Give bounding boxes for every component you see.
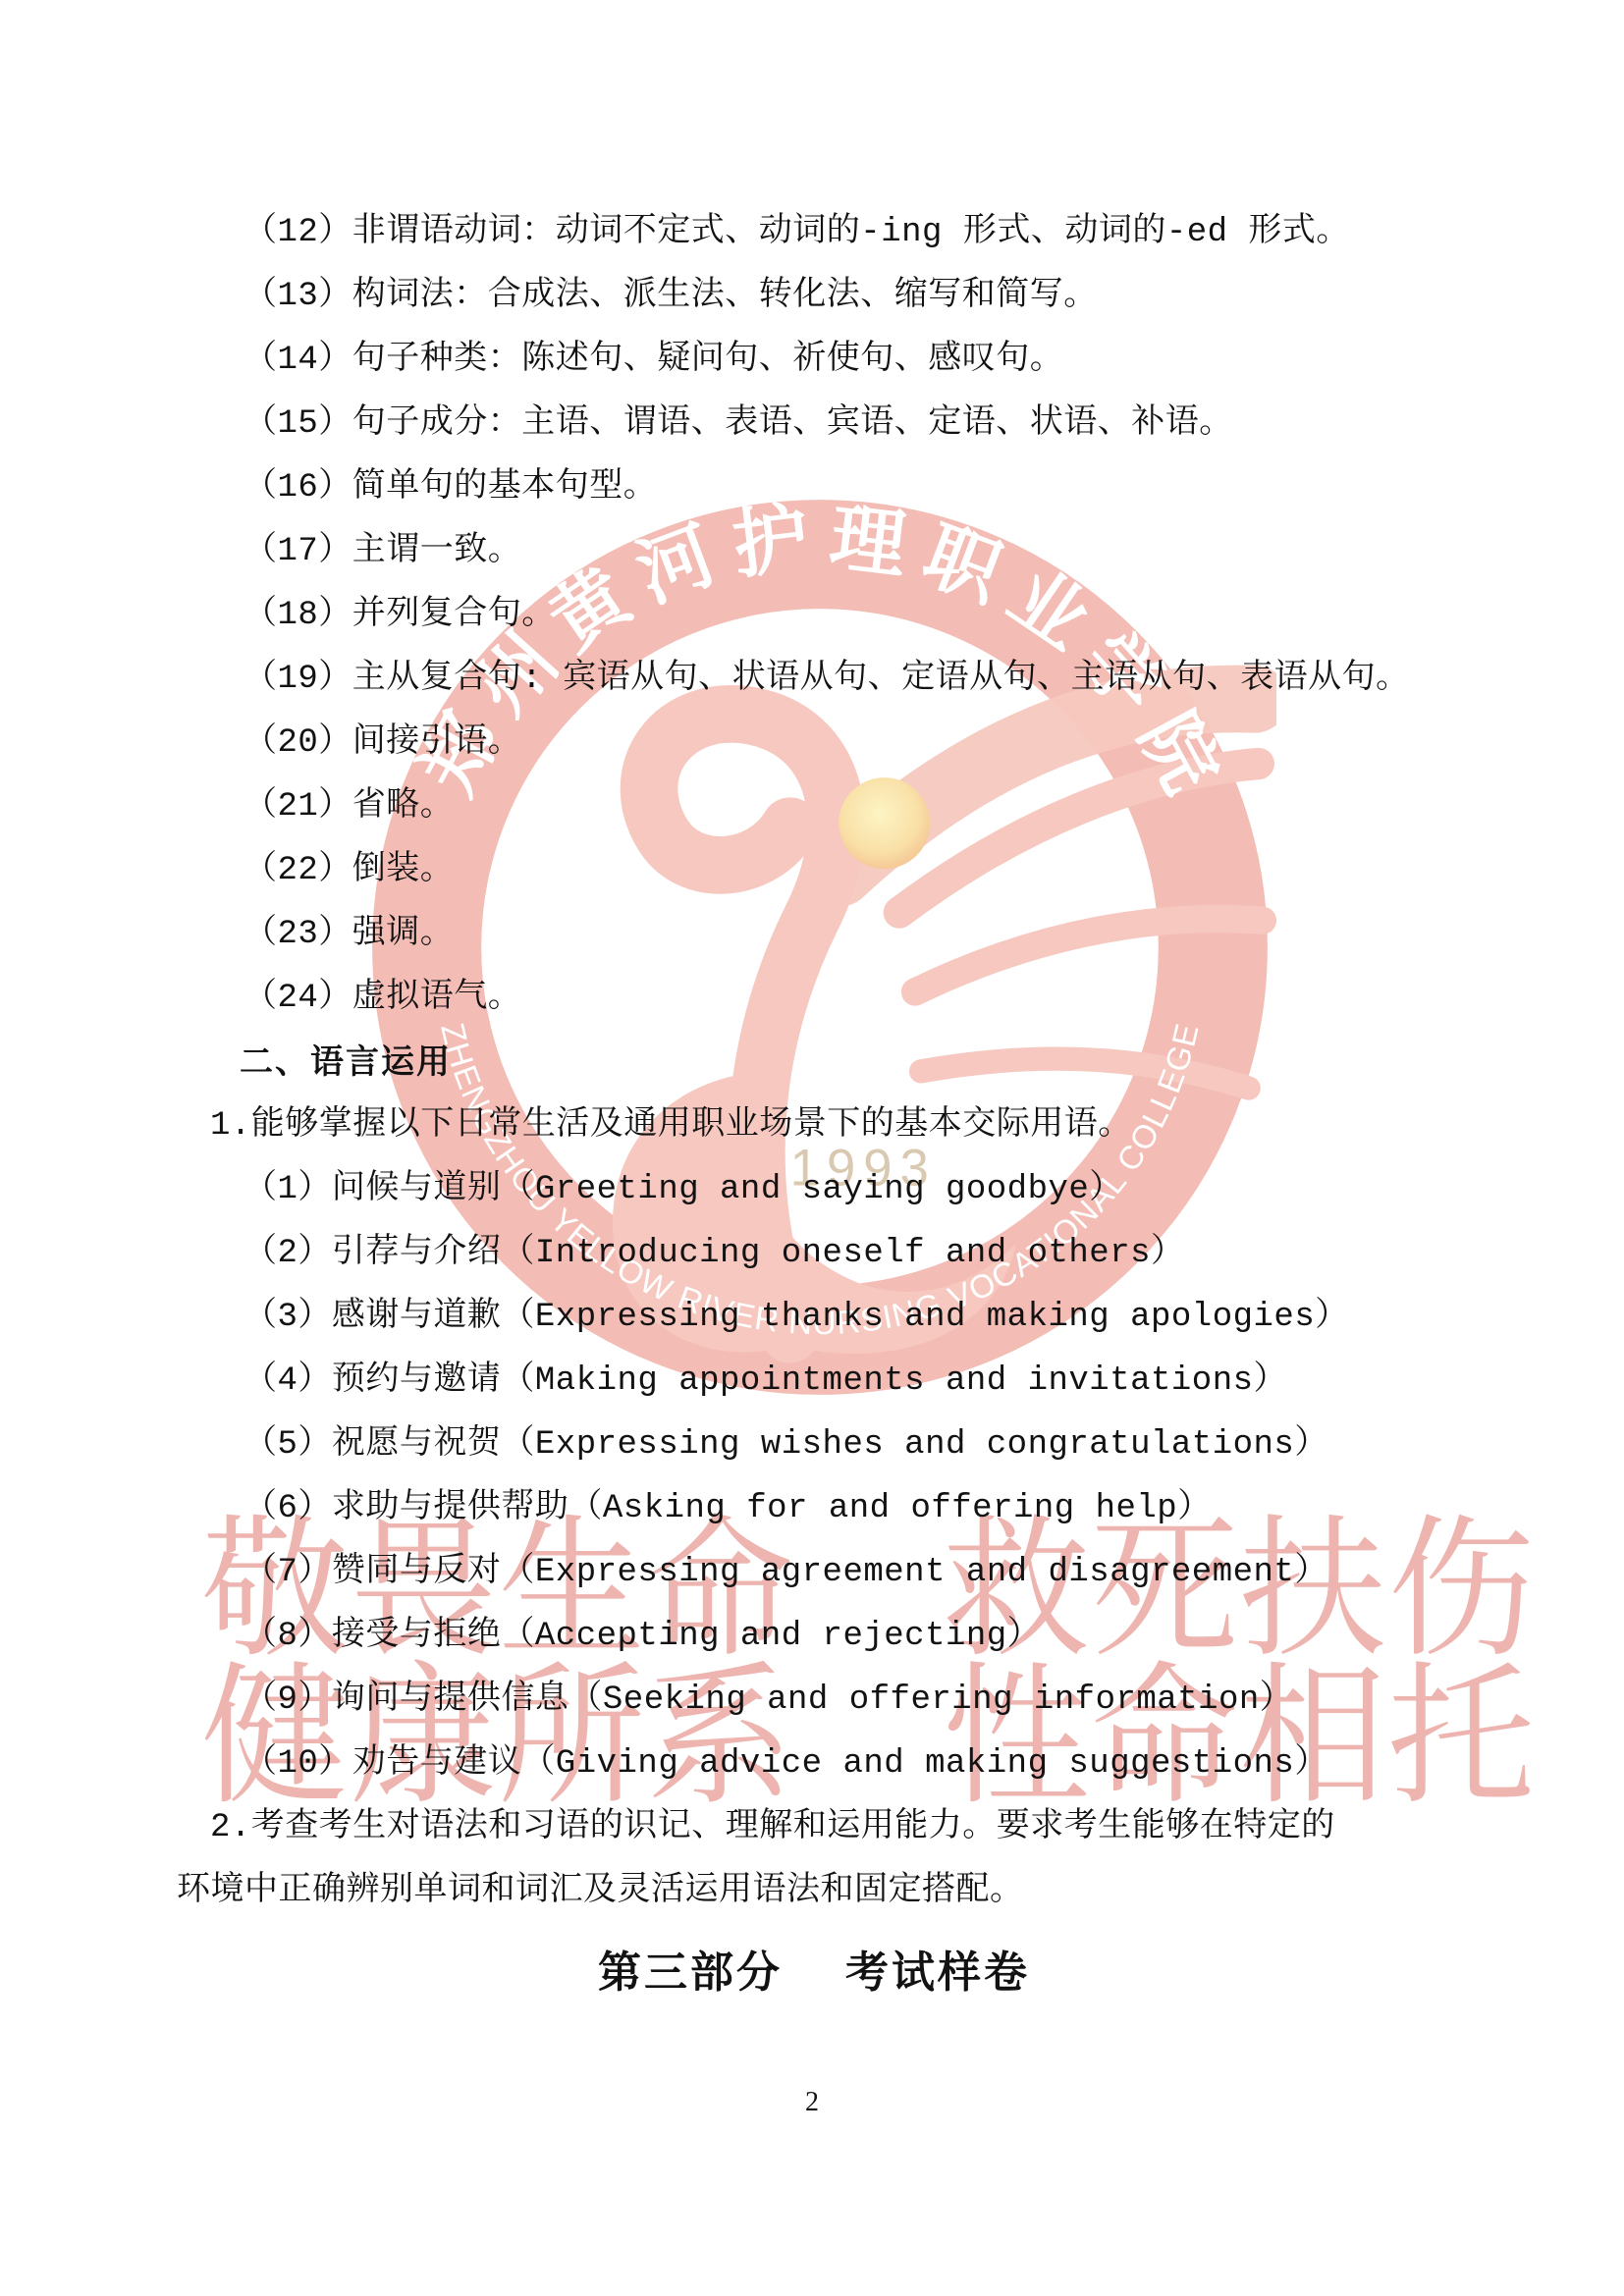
document-body: （12）非谓语动词：动词不定式、动词的-ing 形式、动词的-ed 形式。 （1…: [177, 201, 1451, 2008]
grammar-item-20: （20）间接引语。: [177, 712, 1451, 775]
part3-heading-title: 考试样卷: [845, 1938, 1030, 2008]
grammar-item-12: （12）非谓语动词：动词不定式、动词的-ing 形式、动词的-ed 形式。: [177, 201, 1451, 265]
paragraph-1: 1.能够掌握以下日常生活及通用职业场景下的基本交际用语。: [177, 1095, 1451, 1158]
communication-item-4: （4）预约与邀请（Making appointments and invitat…: [177, 1350, 1451, 1414]
grammar-item-18: （18）并列复合句。: [177, 584, 1451, 648]
grammar-item-22: （22）倒装。: [177, 839, 1451, 903]
communication-item-2: （2）引荐与介绍（Introducing oneself and others）: [177, 1222, 1451, 1286]
communication-item-6: （6）求助与提供帮助（Asking for and offering help）: [177, 1477, 1451, 1541]
communication-item-3: （3）感谢与道歉（Expressing thanks and making ap…: [177, 1286, 1451, 1350]
paragraph-2-line2: 环境中正确辨别单词和词汇及灵活运用语法和固定搭配。: [177, 1860, 1451, 1924]
communication-item-7: （7）赞同与反对（Expressing agreement and disagr…: [177, 1541, 1451, 1605]
grammar-item-13: （13）构词法：合成法、派生法、转化法、缩写和简写。: [177, 265, 1451, 329]
part3-heading: 第三部分 考试样卷: [177, 1938, 1451, 2008]
communication-item-10: （10）劝告与建议（Giving advice and making sugge…: [177, 1733, 1451, 1796]
communication-item-5: （5）祝愿与祝贺（Expressing wishes and congratul…: [177, 1414, 1451, 1477]
grammar-item-17: （17）主谓一致。: [177, 520, 1451, 584]
grammar-item-19: （19）主从复合句: 宾语从句、状语从句、定语从句、主语从句、表语从句。: [177, 648, 1451, 712]
grammar-item-21: （21）省略。: [177, 775, 1451, 839]
page-number: 2: [0, 2087, 1624, 2118]
grammar-item-15: （15）句子成分：主语、谓语、表语、宾语、定语、状语、补语。: [177, 393, 1451, 456]
grammar-item-14: （14）句子种类：陈述句、疑问句、祈使句、感叹句。: [177, 329, 1451, 393]
communication-item-1: （1）问候与道别（Greeting and saying goodbye）: [177, 1158, 1451, 1222]
part3-heading-label: 第三部分: [598, 1938, 783, 2008]
communication-item-8: （8）接受与拒绝（Accepting and rejecting）: [177, 1605, 1451, 1669]
grammar-item-24: （24）虚拟语气。: [177, 967, 1451, 1031]
section-heading-language-use: 二、语言运用: [177, 1031, 1451, 1095]
communication-item-9: （9）询问与提供信息（Seeking and offering informat…: [177, 1669, 1451, 1733]
paragraph-2-line1: 2.考查考生对语法和习语的识记、理解和运用能力。要求考生能够在特定的: [177, 1796, 1451, 1860]
grammar-item-16: （16）简单句的基本句型。: [177, 456, 1451, 520]
grammar-item-23: （23）强调。: [177, 903, 1451, 967]
document-page: 1993 郑州黄河护理职业学院 ZHENGZHOU YELLOW RIVER N…: [0, 0, 1624, 2296]
